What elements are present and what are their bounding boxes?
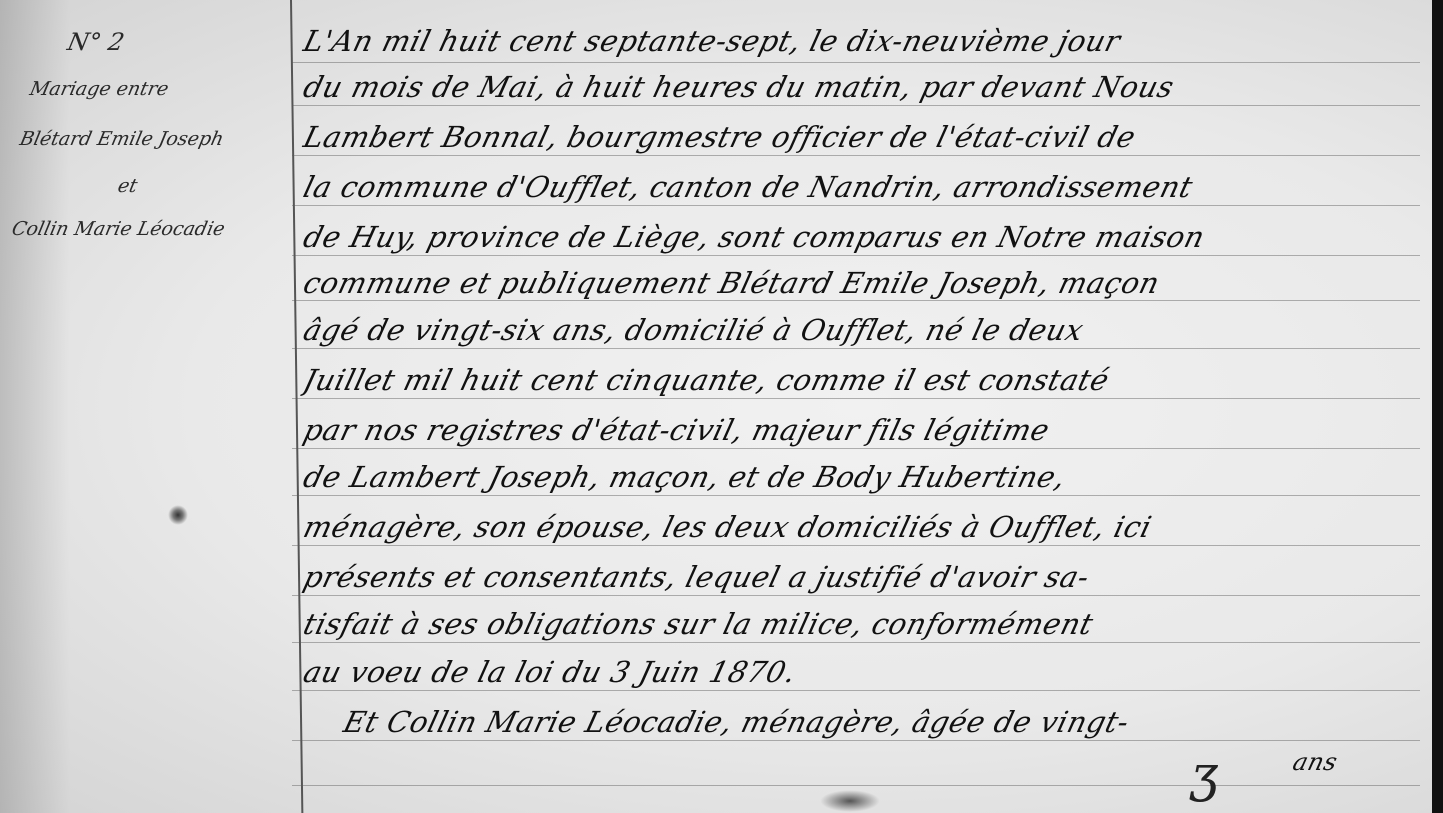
record-number: N° 2 bbox=[65, 30, 126, 54]
ruled-line bbox=[292, 105, 1420, 106]
ruled-line bbox=[292, 495, 1420, 496]
entry-line-11: ménagère, son épouse, les deux domicilié… bbox=[300, 510, 1432, 544]
ruled-line bbox=[292, 155, 1420, 156]
margin-groom-name: Blétard Emile Joseph bbox=[18, 130, 225, 149]
ruled-line bbox=[292, 255, 1420, 256]
ruled-line bbox=[292, 448, 1420, 449]
entry-line-3: Lambert Bonnal, bourgmestre officier de … bbox=[300, 120, 1432, 154]
page-edge bbox=[1432, 0, 1443, 813]
ink-smudge bbox=[820, 790, 880, 812]
ruled-line bbox=[292, 690, 1420, 691]
margin-conjunction: et bbox=[116, 177, 139, 196]
ruled-line bbox=[292, 642, 1420, 643]
entry-line-8: Juillet mil huit cent cinquante, comme i… bbox=[300, 363, 1432, 397]
ruled-line bbox=[292, 62, 1420, 63]
ink-blot bbox=[168, 505, 188, 525]
ruled-line bbox=[292, 398, 1420, 399]
entry-line-1: L'An mil huit cent septante-sept, le dix… bbox=[300, 24, 1432, 58]
entry-line-12: présents et consentants, lequel a justif… bbox=[300, 560, 1432, 594]
entry-line-16: ans bbox=[1290, 748, 1427, 776]
flourish-mark: ʒ bbox=[1190, 745, 1218, 803]
margin-title: Mariage entre bbox=[28, 80, 170, 99]
ruled-line bbox=[292, 545, 1420, 546]
entry-line-6: commune et publiquement Blétard Emile Jo… bbox=[300, 266, 1432, 300]
entry-line-4: la commune d'Oufflet, canton de Nandrin,… bbox=[300, 170, 1432, 204]
ruled-line bbox=[292, 595, 1420, 596]
register-page: N° 2 Mariage entre Blétard Emile Joseph … bbox=[0, 0, 1432, 813]
ruled-line bbox=[292, 348, 1420, 349]
entry-line-9: par nos registres d'état-civil, majeur f… bbox=[300, 413, 1432, 447]
entry-line-15: Et Collin Marie Léocadie, ménagère, âgée… bbox=[340, 705, 1432, 739]
entry-line-5: de Huy, province de Liège, sont comparus… bbox=[300, 220, 1432, 254]
margin-bride-name: Collin Marie Léocadie bbox=[10, 220, 227, 239]
entry-line-7: âgé de vingt-six ans, domicilié à Ouffle… bbox=[300, 313, 1432, 347]
entry-line-10: de Lambert Joseph, maçon, et de Body Hub… bbox=[300, 460, 1432, 494]
margin-rule bbox=[290, 0, 303, 813]
entry-line-13: tisfait à ses obligations sur la milice,… bbox=[300, 607, 1432, 641]
ruled-line bbox=[292, 785, 1420, 786]
ruled-line bbox=[292, 740, 1420, 741]
entry-line-2: du mois de Mai, à huit heures du matin, … bbox=[300, 70, 1432, 104]
entry-line-14: au voeu de la loi du 3 Juin 1870. bbox=[300, 655, 1432, 689]
ruled-line bbox=[292, 205, 1420, 206]
ruled-line bbox=[292, 300, 1420, 301]
